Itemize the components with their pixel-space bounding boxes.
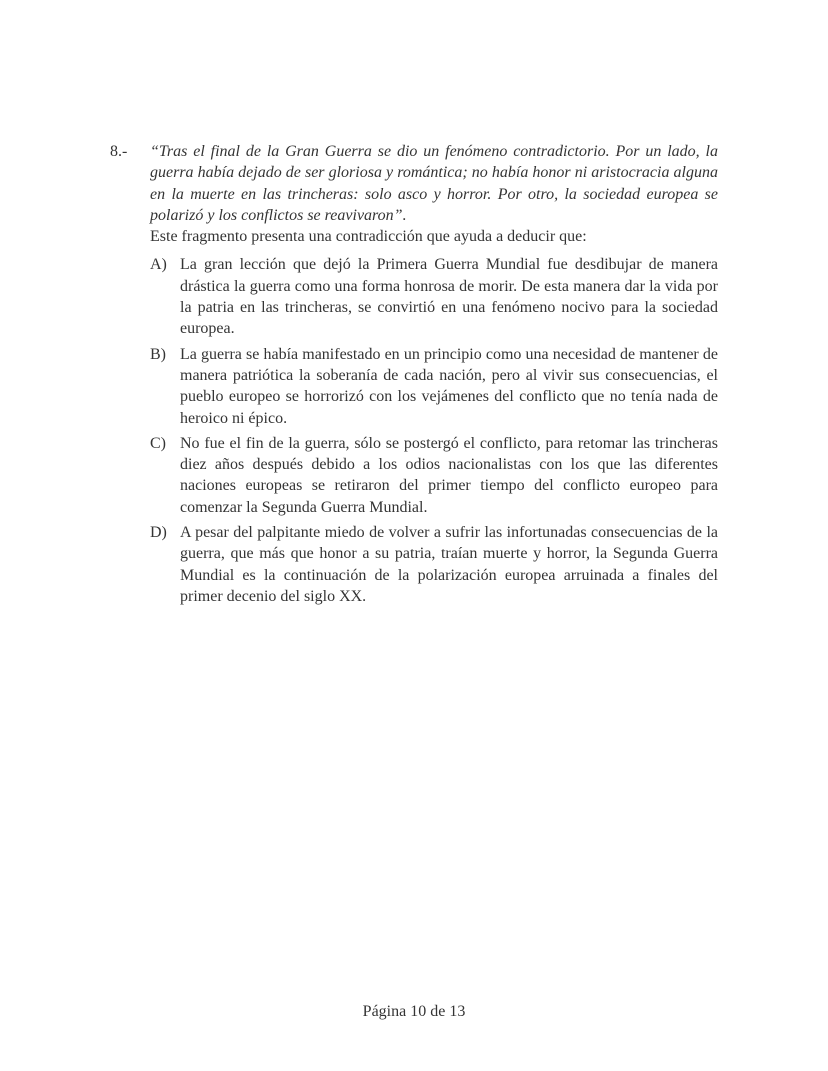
question-quote: “Tras el final de la Gran Guerra se dio … <box>150 141 718 226</box>
option-d: D) A pesar del palpitante miedo de volve… <box>150 522 718 607</box>
option-d-label: D) <box>150 522 180 607</box>
option-c-text: No fue el fin de la guerra, sólo se post… <box>180 433 718 518</box>
option-d-text: A pesar del palpitante miedo de volver a… <box>180 522 718 607</box>
option-a: A) La gran lección que dejó la Primera G… <box>150 254 718 339</box>
question-block: 8.- “Tras el final de la Gran Guerra se … <box>110 141 718 607</box>
question-stem: Este fragmento presenta una contradicció… <box>150 226 718 247</box>
question-body: “Tras el final de la Gran Guerra se dio … <box>150 141 718 607</box>
page-footer: Página 10 de 13 <box>0 1001 828 1022</box>
option-b-text: La guerra se había manifestado en un pri… <box>180 344 718 429</box>
option-c-label: C) <box>150 433 180 518</box>
options-list: A) La gran lección que dejó la Primera G… <box>150 254 718 607</box>
option-a-label: A) <box>150 254 180 339</box>
document-page: 8.- “Tras el final de la Gran Guerra se … <box>0 0 828 1071</box>
question-number: 8.- <box>110 141 150 607</box>
option-b-label: B) <box>150 344 180 429</box>
option-c: C) No fue el fin de la guerra, sólo se p… <box>150 433 718 518</box>
option-a-text: La gran lección que dejó la Primera Guer… <box>180 254 718 339</box>
option-b: B) La guerra se había manifestado en un … <box>150 344 718 429</box>
